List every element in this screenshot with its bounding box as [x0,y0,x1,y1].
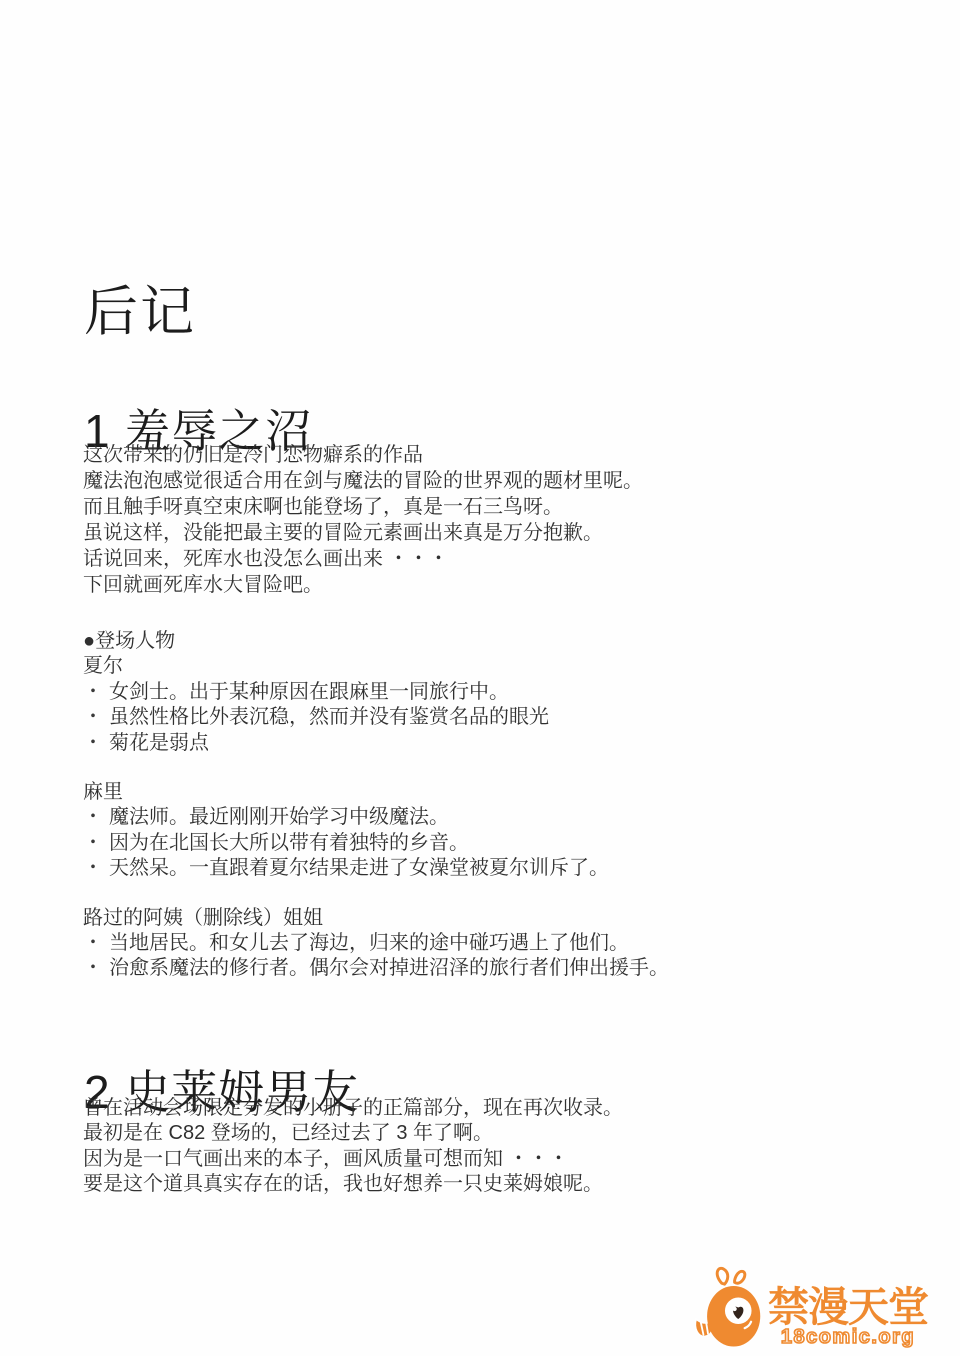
character-trait: ・ 女剑士。出于某种原因在跟麻里一同旅行中。 [83,680,669,705]
trait-text: 虽然性格比外表沉稳，然而并没有鉴赏名品的眼光 [109,705,549,730]
trait-text: 女剑士。出于某种原因在跟麻里一同旅行中。 [109,680,509,705]
bullet-icon: ・ [83,856,109,881]
character-trait: ・ 虽然性格比外表沉稳，然而并没有鉴赏名品的眼光 [83,705,669,730]
character-name: 路过的阿姨（删除线）姐姐 [83,906,669,931]
bullet-icon: ・ [83,705,109,730]
site-watermark: 禁漫天堂 18comic.org [692,1258,934,1352]
character-trait: ・ 魔法师。最近刚刚开始学习中级魔法。 [83,805,669,830]
bullet-icon: ・ [83,805,109,830]
brand-text: 禁漫天堂 18comic.org [768,1286,928,1347]
character-trait: ・ 当地居民。和女儿去了海边，归来的途中碰巧遇上了他们。 [83,931,669,956]
character-group: 路过的阿姨（删除线）姐姐 ・ 当地居民。和女儿去了海边，归来的途中碰巧遇上了他们… [83,906,669,982]
bullet-icon: ・ [83,680,109,705]
character-trait: ・ 治愈系魔法的修行者。偶尔会对掉进沼泽的旅行者们伸出援手。 [83,956,669,981]
paragraph-line: 要是这个道具真实存在的话，我也好想养一只史莱姆娘呢。 [83,1172,623,1197]
orange-whale-mascot-icon [692,1264,768,1352]
site-url: 18comic.org [768,1327,928,1347]
trait-text: 天然呆。一直跟着夏尔结果走进了女澡堂被夏尔训斥了。 [109,856,609,881]
page-title: 后记 [84,282,196,342]
paragraph-line: 话说回来，死库水也没怎么画出来 ・・・ [83,546,643,572]
characters-label: ●登场人物 [83,629,669,654]
paragraph-line: 曾在活动会场限定分发的小册子的正篇部分，现在再次收录。 [83,1096,623,1121]
bullet-icon: ・ [83,831,109,856]
paragraph-line: 因为是一口气画出来的本子，画风质量可想而知 ・・・ [83,1147,623,1172]
paragraph-line: 虽说这样，没能把最主要的冒险元素画出来真是万分抱歉。 [83,520,643,546]
character-name: 夏尔 [83,654,669,679]
paragraph-line: 这次带来的仍旧是冷门恋物癖系的作品 [83,442,643,468]
character-trait: ・ 菊花是弱点 [83,731,669,756]
paragraph-line: 下回就画死库水大冒险吧。 [83,572,643,598]
characters-block: ●登场人物 夏尔 ・ 女剑士。出于某种原因在跟麻里一同旅行中。 ・ 虽然性格比外… [83,629,669,982]
section1-paragraph: 这次带来的仍旧是冷门恋物癖系的作品 魔法泡泡感觉很适合用在剑与魔法的冒险的世界观… [83,442,643,598]
afterword-page: 后记 1 羞辱之沼 这次带来的仍旧是冷门恋物癖系的作品 魔法泡泡感觉很适合用在剑… [0,0,960,1356]
character-trait: ・ 因为在北国长大所以带有着独特的乡音。 [83,831,669,856]
trait-text: 菊花是弱点 [109,731,209,756]
character-group: 麻里 ・ 魔法师。最近刚刚开始学习中级魔法。 ・ 因为在北国长大所以带有着独特的… [83,780,669,882]
site-name: 禁漫天堂 [768,1286,928,1328]
trait-text: 魔法师。最近刚刚开始学习中级魔法。 [109,805,449,830]
section2-paragraph: 曾在活动会场限定分发的小册子的正篇部分，现在再次收录。 最初是在 C82 登场的… [83,1096,623,1198]
bullet-icon: ・ [83,731,109,756]
character-name: 麻里 [83,780,669,805]
character-group: 夏尔 ・ 女剑士。出于某种原因在跟麻里一同旅行中。 ・ 虽然性格比外表沉稳，然而… [83,654,669,756]
trait-text: 当地居民。和女儿去了海边，归来的途中碰巧遇上了他们。 [109,931,629,956]
trait-text: 因为在北国长大所以带有着独特的乡音。 [109,831,469,856]
character-trait: ・ 天然呆。一直跟着夏尔结果走进了女澡堂被夏尔训斥了。 [83,856,669,881]
trait-text: 治愈系魔法的修行者。偶尔会对掉进沼泽的旅行者们伸出援手。 [109,956,669,981]
paragraph-line: 最初是在 C82 登场的，已经过去了 3 年了啊。 [83,1121,623,1146]
bullet-icon: ・ [83,956,109,981]
paragraph-line: 而且触手呀真空束床啊也能登场了，真是一石三鸟呀。 [83,494,643,520]
paragraph-line: 魔法泡泡感觉很适合用在剑与魔法的冒险的世界观的题材里呢。 [83,468,643,494]
bullet-icon: ・ [83,931,109,956]
